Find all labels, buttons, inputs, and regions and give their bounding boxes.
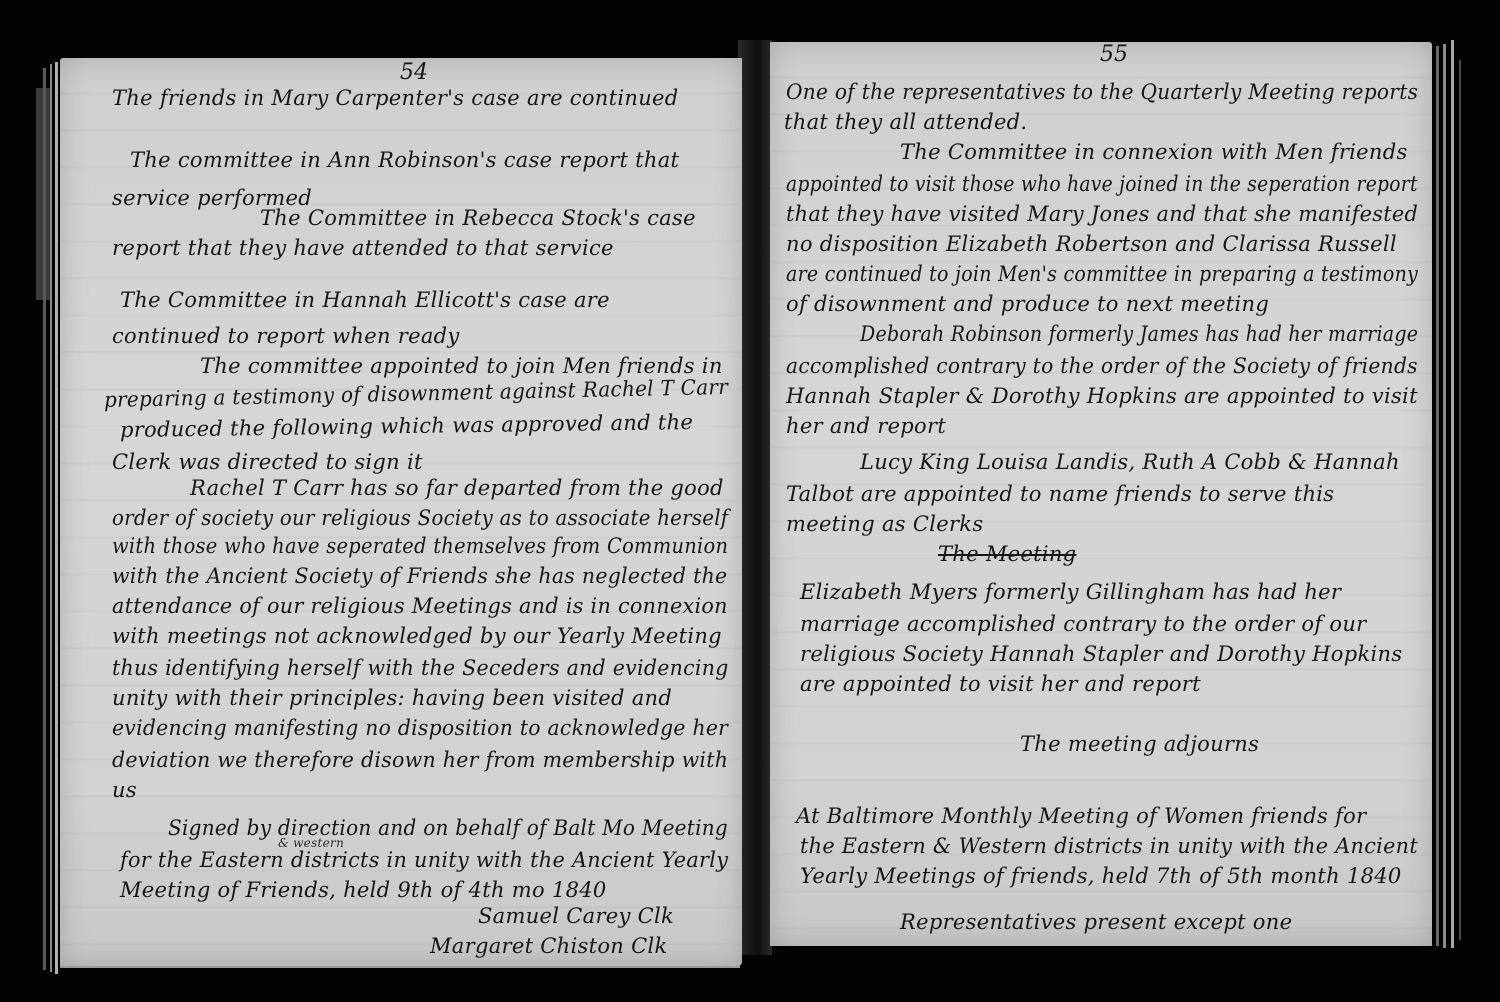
text-line: evidencing manifesting no disposition to… bbox=[112, 716, 728, 740]
struck-heading: The Meeting bbox=[938, 542, 1076, 566]
text-line: for the Eastern districts in unity with … bbox=[120, 848, 728, 872]
text-line: religious Society Hannah Stapler and Dor… bbox=[800, 642, 1402, 666]
text-line: marriage accomplished contrary to the or… bbox=[800, 612, 1367, 636]
text-line: continued to report when ready bbox=[112, 324, 460, 348]
page-number: 55 bbox=[1100, 42, 1128, 67]
scan-stage: 54 The friends in Mary Carpenter's case … bbox=[0, 0, 1500, 1002]
text-line: Lucy King Louisa Landis, Ruth A Cobb & H… bbox=[860, 450, 1400, 474]
page-edge bbox=[1459, 60, 1461, 940]
text-line: Representatives present except one bbox=[900, 910, 1292, 934]
text-line: report that they have attended to that s… bbox=[112, 236, 614, 260]
text-line: with those who have seperated themselves… bbox=[112, 534, 728, 558]
text-line: The committee in Ann Robinson's case rep… bbox=[130, 148, 679, 172]
text-line: thus identifying herself with the Secede… bbox=[112, 656, 729, 680]
text-line: that they all attended. bbox=[784, 110, 1027, 134]
text-line: The Committee in connexion with Men frie… bbox=[900, 140, 1408, 164]
text-line: The Committee in Rebecca Stock's case bbox=[260, 206, 696, 230]
page-edge bbox=[1451, 40, 1454, 948]
text-line: the Eastern & Western districts in unity… bbox=[800, 834, 1418, 858]
text-line: are appointed to visit her and report bbox=[800, 672, 1201, 696]
page-edge bbox=[43, 68, 46, 970]
text-line: us bbox=[112, 778, 137, 802]
text-line: with the Ancient Society of Friends she … bbox=[112, 564, 727, 588]
text-line: unity with their principles: having been… bbox=[112, 686, 672, 710]
page-number: 54 bbox=[400, 60, 428, 85]
text-line: produced the following which was approve… bbox=[120, 410, 693, 442]
text-line: Clerk was directed to sign it bbox=[112, 450, 423, 474]
text-line: Meeting of Friends, held 9th of 4th mo 1… bbox=[120, 878, 607, 902]
signature: Samuel Carey Clk bbox=[478, 904, 674, 928]
text-line: meeting as Clerks bbox=[786, 512, 983, 536]
text-line: The Committee in Hannah Ellicott's case … bbox=[120, 288, 610, 312]
text-line: that they have visited Mary Jones and th… bbox=[786, 202, 1418, 226]
right-page: 55 One of the representatives to the Qua… bbox=[770, 42, 1432, 946]
text-line: Talbot are appointed to name friends to … bbox=[786, 482, 1334, 506]
text-line: deviation we therefore disown her from m… bbox=[112, 748, 728, 772]
text-line: attendance of our religious Meetings and… bbox=[112, 594, 728, 618]
page-edge bbox=[1436, 46, 1439, 946]
text-line: her and report bbox=[786, 414, 946, 438]
text-line: Signed by direction and on behalf of Bal… bbox=[168, 816, 728, 840]
left-page: 54 The friends in Mary Carpenter's case … bbox=[60, 58, 742, 966]
text-line: Hannah Stapler & Dorothy Hopkins are app… bbox=[786, 384, 1418, 408]
text-line: Deborah Robinson formerly James has had … bbox=[860, 322, 1418, 346]
text-line: accomplished contrary to the order of th… bbox=[786, 354, 1418, 378]
text-line: appointed to visit those who have joined… bbox=[786, 172, 1418, 196]
text-line: order of society our religious Society a… bbox=[112, 506, 728, 530]
text-line: of disownment and produce to next meetin… bbox=[786, 292, 1269, 316]
text-line: Rachel T Carr has so far departed from t… bbox=[190, 476, 724, 500]
text-line: At Baltimore Monthly Meeting of Women fr… bbox=[796, 804, 1366, 828]
page-edge bbox=[1443, 44, 1446, 948]
text-line: One of the representatives to the Quarte… bbox=[786, 80, 1418, 104]
page-edge bbox=[55, 62, 58, 974]
text-line: Yearly Meetings of friends, held 7th of … bbox=[800, 864, 1402, 888]
text-line: preparing a testimony of disownment agai… bbox=[104, 375, 729, 412]
text-line: with meetings not acknowledged by our Ye… bbox=[112, 624, 722, 648]
text-line: The friends in Mary Carpenter's case are… bbox=[112, 86, 679, 110]
book-gutter bbox=[738, 40, 772, 955]
page-edge bbox=[50, 64, 52, 972]
text-line: no disposition Elizabeth Robertson and C… bbox=[786, 232, 1397, 256]
text-line: Elizabeth Myers formerly Gillingham has … bbox=[800, 580, 1341, 604]
signature: Margaret Chiston Clk bbox=[430, 934, 667, 958]
text-line: The committee appointed to join Men frie… bbox=[200, 354, 723, 378]
text-line: are continued to join Men's committee in… bbox=[786, 262, 1418, 286]
text-line: The meeting adjourns bbox=[1020, 732, 1259, 756]
